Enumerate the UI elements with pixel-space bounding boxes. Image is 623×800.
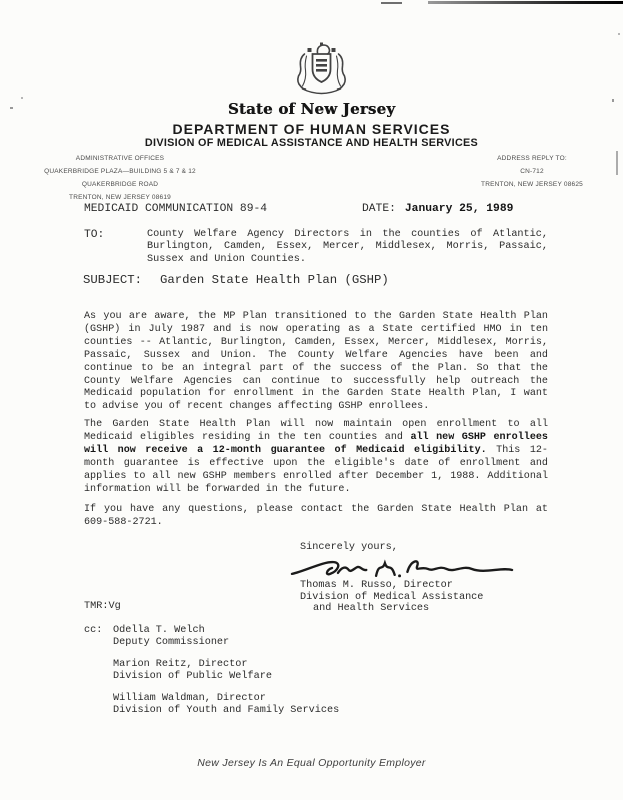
text-segment: ADDRESS REPLY TO: [497, 155, 567, 162]
cc-label: cc: [84, 625, 102, 636]
text-segment: ADMINISTRATIVE OFFICES [76, 155, 164, 162]
date-row: DATE:January 25, 1989 [362, 203, 513, 215]
cc-title: Division of Youth and Family Services [113, 705, 413, 717]
text-segment: CN-712 [520, 168, 544, 175]
scan-artifact-top-dash [381, 2, 402, 4]
typist-initials: TMR:Vg [84, 601, 121, 612]
date-value: January 25, 1989 [405, 203, 513, 215]
cc-title: Deputy Commissioner [113, 637, 413, 649]
text-line: ADMINISTRATIVE OFFICES [30, 153, 210, 166]
text-line: ADDRESS REPLY TO: [448, 153, 616, 166]
text-segment: Passaic, Sussex and Union. The County We… [84, 350, 548, 361]
signer-block: Thomas M. Russo, Director Division of Me… [300, 580, 530, 615]
cc-title: Division of Public Welfare [113, 671, 413, 683]
text-segment: County Welfare Agencies can continue to … [84, 376, 548, 387]
text-segment: Burlington, Camden, Essex, Mercer, Middl… [147, 241, 548, 252]
text-line: Medicaid eligibles residing in the ten c… [84, 432, 548, 445]
division-title: DIVISION OF MEDICAL ASSISTANCE AND HEALT… [0, 137, 623, 149]
text-segment: information will be forwarded in the fut… [84, 484, 351, 495]
text-segment: The Garden State Health Plan will now ma… [84, 419, 548, 430]
text-line: 609-588-2721. [84, 517, 548, 530]
text-line: Sussex and Union Counties. [147, 254, 548, 266]
text-segment: QUAKERBRIDGE PLAZA—BUILDING 5 & 7 & 12 [44, 168, 196, 175]
text-segment: QUAKERBRIDGE ROAD [82, 181, 158, 188]
nj-state-seal [290, 42, 353, 103]
signer-org-line-2: and Health Services [300, 603, 530, 615]
text-line: continue to be an integral part of the s… [84, 363, 548, 376]
body-paragraph-2: The Garden State Health Plan will now ma… [84, 419, 548, 496]
text-line: County Welfare Agencies can continue to … [84, 376, 548, 389]
to-address-block: County Welfare Agency Directors in the c… [147, 229, 548, 266]
text-line: to advise you of recent changes affectin… [84, 401, 548, 414]
cc-entry-3: William Waldman, Director Division of Yo… [113, 693, 413, 718]
text-segment: TRENTON, NEW JERSEY 08625 [481, 181, 583, 188]
body-paragraph-1: As you are aware, the MP Plan transition… [84, 311, 548, 414]
subject-value: Garden State Health Plan (GSHP) [160, 273, 389, 287]
text-segment: applies to all new GSHP members enrolled… [84, 471, 548, 482]
text-segment: County Welfare Agency Directors in the c… [147, 229, 548, 240]
text-segment: 609-588-2721. [84, 517, 163, 528]
text-line: (GSHP) in July 1987 and is now operating… [84, 324, 548, 337]
text-line: County Welfare Agency Directors in the c… [147, 229, 548, 241]
scan-speck [618, 33, 620, 35]
text-segment: month guarantee is effective upon the el… [84, 458, 548, 469]
text-line: QUAKERBRIDGE ROAD [30, 179, 210, 192]
text-line: will now receive a 12-month guarantee of… [84, 445, 548, 458]
signer-name-line: Thomas M. Russo, Director [300, 580, 530, 592]
equal-opportunity-footer: New Jersey Is An Equal Opportunity Emplo… [0, 757, 623, 769]
bold-text-segment: all new GSHP enrollees [410, 432, 548, 443]
text-line: The Garden State Health Plan will now ma… [84, 419, 548, 432]
salutation: Sincerely yours, [300, 542, 398, 553]
address-reply-block: ADDRESS REPLY TO:CN-712TRENTON, NEW JERS… [448, 153, 616, 192]
text-line: information will be forwarded in the fut… [84, 484, 548, 497]
text-line: month guarantee is effective upon the el… [84, 458, 548, 471]
date-label: DATE: [362, 203, 396, 215]
bold-text-segment: will now receive a 12-month guarantee of… [84, 445, 487, 456]
text-line: counties -- Atlantic, Burlington, Camden… [84, 337, 548, 350]
text-line: As you are aware, the MP Plan transition… [84, 311, 548, 324]
signer-org-line-1: Division of Medical Assistance [300, 592, 530, 604]
text-segment: Medicaid eligibles residing in the ten c… [84, 432, 410, 443]
text-segment: counties -- Atlantic, Burlington, Camden… [84, 337, 548, 348]
text-line: applies to all new GSHP members enrolled… [84, 471, 548, 484]
cc-entry-1: Odella T. Welch Deputy Commissioner [113, 625, 413, 650]
to-label: TO: [84, 229, 104, 241]
text-segment: continue to be an integral part of the s… [84, 363, 548, 374]
department-title: DEPARTMENT OF HUMAN SERVICES [0, 121, 623, 137]
text-line: CN-712 [448, 166, 616, 179]
text-segment: TRENTON, NEW JERSEY 08619 [69, 194, 171, 201]
administrative-offices-block: ADMINISTRATIVE OFFICESQUAKERBRIDGE PLAZA… [30, 153, 210, 205]
body-paragraph-3: If you have any questions, please contac… [84, 504, 548, 530]
communication-title: MEDICAID COMMUNICATION 89-4 [84, 203, 267, 215]
text-segment: This 12- [487, 445, 548, 456]
text-segment: Sussex and Union Counties. [147, 254, 306, 265]
text-line: If you have any questions, please contac… [84, 504, 548, 517]
text-segment: As you are aware, the MP Plan transition… [84, 311, 548, 322]
subject-label: SUBJECT: [83, 273, 142, 287]
scan-speck [21, 97, 23, 99]
cc-name: Marion Reitz, Director [113, 659, 413, 671]
state-title: State of New Jersey [0, 100, 623, 118]
scan-artifact-right-line [616, 151, 618, 175]
text-line: Passaic, Sussex and Union. The County We… [84, 350, 548, 363]
text-segment: Medicaid population for enrollment in th… [84, 388, 548, 399]
text-line: TRENTON, NEW JERSEY 08625 [448, 179, 616, 192]
cc-entry-2: Marion Reitz, Director Division of Publi… [113, 659, 413, 684]
text-line: Burlington, Camden, Essex, Mercer, Middl… [147, 241, 548, 253]
text-segment: (GSHP) in July 1987 and is now operating… [84, 324, 548, 335]
scanned-letter-page: State of New Jersey DEPARTMENT OF HUMAN … [0, 0, 623, 800]
scan-artifact-top-line [428, 1, 623, 4]
cc-name: Odella T. Welch [113, 625, 413, 637]
text-line: QUAKERBRIDGE PLAZA—BUILDING 5 & 7 & 12 [30, 166, 210, 179]
text-line: Medicaid population for enrollment in th… [84, 388, 548, 401]
text-segment: to advise you of recent changes affectin… [84, 401, 429, 412]
cc-name: William Waldman, Director [113, 693, 413, 705]
text-segment: If you have any questions, please contac… [84, 504, 548, 515]
